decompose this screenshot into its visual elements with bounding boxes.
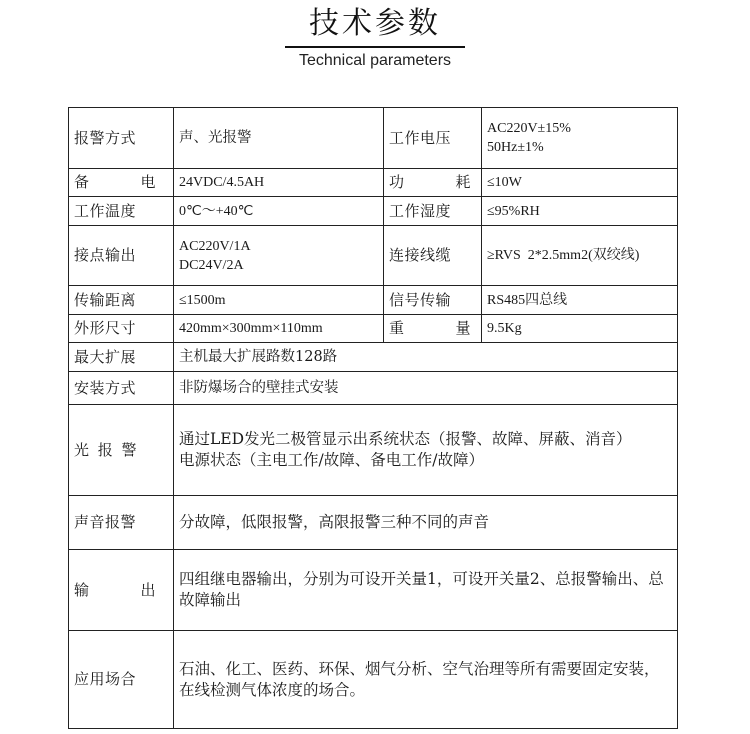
table-row: 应用场合 石油、化工、医药、环保、烟气分析、空气治理等所有需要固定安装，在线检测… (69, 631, 678, 729)
label-applications: 应用场合 (69, 631, 174, 729)
label-char: 功 (389, 173, 405, 192)
value-applications: 石油、化工、医药、环保、烟气分析、空气治理等所有需要固定安装，在线检测气体浓度的… (174, 631, 678, 729)
label-transmission-distance: 传输距离 (69, 286, 174, 315)
table-row: 最大扩展 主机最大扩展路数128路 (69, 343, 678, 372)
table-row: 光 报 警 通过LED发光二极管显示出系统状态（报警、故障、屏蔽、消音） 电源状… (69, 405, 678, 496)
label-alarm-mode: 报警方式 (69, 108, 174, 169)
title-divider (285, 46, 465, 48)
voltage-line: AC220V±15% (487, 119, 677, 138)
table-row: 接点输出 AC220V/1A DC24V/2A 连接线缆 ≥RVS 2*2.5m… (69, 226, 678, 286)
label-backup-power: 备电 (69, 169, 174, 197)
value-dimensions: 420mm×300mm×110mm (174, 315, 384, 343)
value-working-humidity: ≤95%RH (482, 197, 678, 226)
value-sound-alarm: 分故障，低限报警，高限报警三种不同的声音 (174, 496, 678, 550)
label-working-temperature: 工作温度 (69, 197, 174, 226)
label-char: 重 (389, 319, 405, 338)
table-row: 工作温度 0℃～+40℃ 工作湿度 ≤95%RH (69, 197, 678, 226)
value-transmission-distance: ≤1500m (174, 286, 384, 315)
label-working-voltage: 工作电压 (384, 108, 482, 169)
label-char: 量 (455, 319, 471, 338)
label-installation-method: 安装方式 (69, 372, 174, 405)
frequency-line: 50Hz±1% (487, 138, 677, 157)
light-alarm-status-line: 通过LED发光二极管显示出系统状态（报警、故障、屏蔽、消音） (179, 429, 667, 450)
label-connection-cable: 连接线缆 (384, 226, 482, 286)
label-spread: 重量 (389, 319, 471, 338)
value-working-voltage: AC220V±15% 50Hz±1% (482, 108, 678, 169)
table-row: 外形尺寸 420mm×300mm×110mm 重量 9.5Kg (69, 315, 678, 343)
page-title: 技术参数 (0, 6, 750, 42)
contact-dc-line: DC24V/2A (179, 256, 383, 275)
label-contact-output: 接点输出 (69, 226, 174, 286)
table-row: 输出 四组继电器输出，分别为可设开关量1，可设开关量2、总报警输出、总故障输出 (69, 550, 678, 631)
label-dimensions: 外形尺寸 (69, 315, 174, 343)
value-connection-cable: ≥RVS 2*2.5mm2(双绞线) (482, 226, 678, 286)
value-backup-power: 24VDC/4.5AH (174, 169, 384, 197)
label-char: 出 (140, 581, 156, 600)
label-char: 电 (140, 173, 156, 192)
table-row: 声音报警 分故障，低限报警，高限报警三种不同的声音 (69, 496, 678, 550)
value-output: 四组继电器输出，分别为可设开关量1，可设开关量2、总报警输出、总故障输出 (174, 550, 678, 631)
spec-table: 报警方式 声、光报警 工作电压 AC220V±15% 50Hz±1% 备电 24… (68, 107, 678, 729)
contact-ac-line: AC220V/1A (179, 237, 383, 256)
label-output: 输出 (69, 550, 174, 631)
label-signal-transmission: 信号传输 (384, 286, 482, 315)
label-spread: 功耗 (389, 173, 471, 192)
value-alarm-mode: 声、光报警 (174, 108, 384, 169)
label-sound-alarm: 声音报警 (69, 496, 174, 550)
table-row: 传输距离 ≤1500m 信号传输 RS485四总线 (69, 286, 678, 315)
label-light-alarm: 光 报 警 (69, 405, 174, 496)
label-spread: 备电 (74, 173, 156, 192)
label-char: 耗 (455, 173, 471, 192)
label-max-expansion: 最大扩展 (69, 343, 174, 372)
label-working-humidity: 工作湿度 (384, 197, 482, 226)
value-installation-method: 非防爆场合的壁挂式安装 (174, 372, 678, 405)
value-power-consumption: ≤10W (482, 169, 678, 197)
value-working-temperature: 0℃～+40℃ (174, 197, 384, 226)
light-alarm-power-line: 电源状态（主电工作/故障、备电工作/故障） (179, 450, 667, 471)
table-row: 安装方式 非防爆场合的壁挂式安装 (69, 372, 678, 405)
value-contact-output: AC220V/1A DC24V/2A (174, 226, 384, 286)
label-weight: 重量 (384, 315, 482, 343)
page-subtitle: Technical parameters (0, 51, 750, 71)
value-signal-transmission: RS485四总线 (482, 286, 678, 315)
value-max-expansion: 主机最大扩展路数128路 (174, 343, 678, 372)
label-power-consumption: 功耗 (384, 169, 482, 197)
label-spread: 输出 (74, 581, 156, 600)
value-light-alarm: 通过LED发光二极管显示出系统状态（报警、故障、屏蔽、消音） 电源状态（主电工作… (174, 405, 678, 496)
value-weight: 9.5Kg (482, 315, 678, 343)
label-char: 输 (74, 581, 90, 600)
table-row: 备电 24VDC/4.5AH 功耗 ≤10W (69, 169, 678, 197)
label-char: 备 (74, 173, 90, 192)
table-row: 报警方式 声、光报警 工作电压 AC220V±15% 50Hz±1% (69, 108, 678, 169)
